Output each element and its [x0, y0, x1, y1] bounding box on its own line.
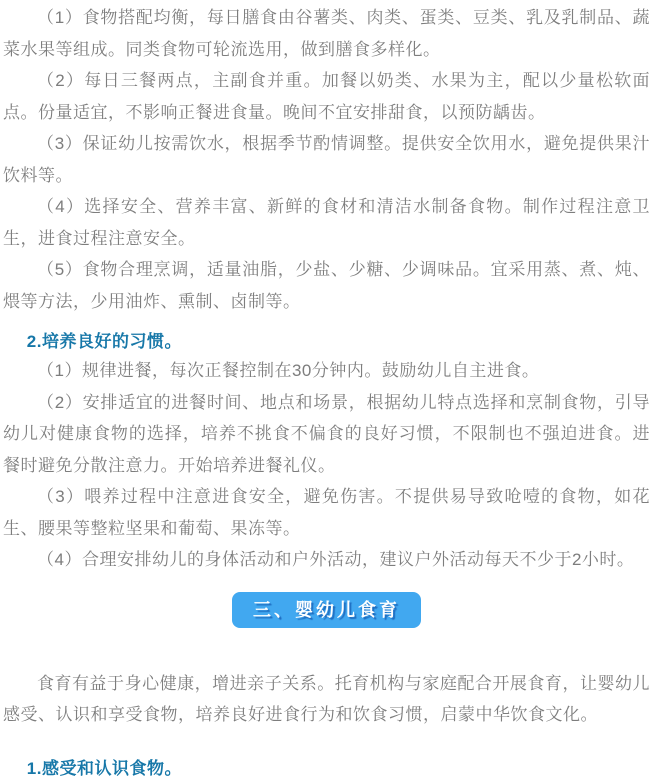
food-education-section-banner: 三、婴幼儿食育	[232, 592, 421, 628]
food-education-subheading: 1.感受和认识食物。	[3, 755, 650, 776]
section-banner-row: 三、婴幼儿食育	[3, 592, 650, 628]
habits-paragraph: （2）安排适宜的进餐时间、地点和场景，根据幼儿特点选择和烹制食物，引导幼儿对健康…	[3, 387, 650, 482]
habits-paragraph: （1）规律进餐，每次正餐控制在30分钟内。鼓励幼儿自主进食。	[3, 355, 650, 387]
diet-paragraph: （4）选择安全、营养丰富、新鲜的食材和清洁水制备食物。制作过程注意卫生，进食过程…	[3, 191, 650, 254]
habits-paragraph: （3）喂养过程中注意进食安全，避免伤害。不提供易导致呛噎的食物，如花生、腰果等整…	[3, 481, 650, 544]
document-page: （1）食物搭配均衡，每日膳食由谷薯类、肉类、蛋类、豆类、乳及乳制品、蔬菜水果等组…	[0, 0, 659, 776]
diet-paragraph: （2）每日三餐两点，主副食并重。加餐以奶类、水果为主，配以少量松软面点。份量适宜…	[3, 65, 650, 128]
food-education-intro-paragraph: 食育有益于身心健康，增进亲子关系。托育机构与家庭配合开展食育，让婴幼儿感受、认识…	[3, 668, 650, 731]
diet-paragraph: （1）食物搭配均衡，每日膳食由谷薯类、肉类、蛋类、豆类、乳及乳制品、蔬菜水果等组…	[3, 2, 650, 65]
diet-paragraph: （3）保证幼儿按需饮水，根据季节酌情调整。提供安全饮用水，避免提供果汁饮料等。	[3, 128, 650, 191]
habits-section-heading: 2.培养良好的习惯。	[3, 328, 650, 355]
diet-paragraph: （5）食物合理烹调，适量油脂，少盐、少糖、少调味品。宜采用蒸、煮、炖、煨等方法，…	[3, 254, 650, 317]
habits-paragraph: （4）合理安排幼儿的身体活动和户外活动，建议户外活动每天不少于2小时。	[3, 544, 650, 576]
